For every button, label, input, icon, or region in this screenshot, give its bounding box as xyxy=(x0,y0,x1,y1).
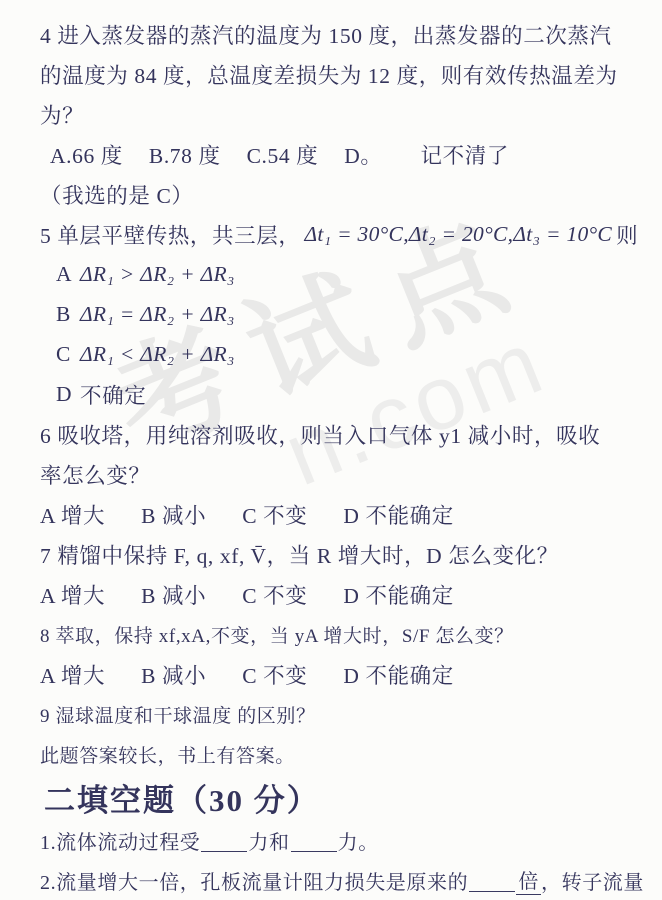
q6-stem-line-2: 率怎么变？ xyxy=(40,454,644,494)
q6-stem-line-1: 6 吸收塔，用纯溶剂吸收，则当入口气体 y1 减小时，吸收 xyxy=(40,414,644,454)
fill1-segment-2: 力和 xyxy=(248,826,289,855)
q6-options-row: A 增大 B 减小 C 不变 D 不能确定 xyxy=(40,494,644,534)
q8-option-b: B 减小 xyxy=(141,659,206,690)
q8-options-row: A 增大 B 减小 C 不变 D 不能确定 xyxy=(40,654,644,694)
q8-option-c: C 不变 xyxy=(242,659,307,690)
fill-item-2: 2.流量增大一倍，孔板流量计阻力损失是原来的 倍 ，转子流量 xyxy=(40,860,644,900)
q7-options-row: A 增大 B 减小 C 不变 D 不能确定 xyxy=(40,574,644,614)
q5-option-b: B ΔR₁ = ΔR₂ + ΔR₃ xyxy=(40,294,644,334)
q7-option-d: D 不能确定 xyxy=(343,579,454,610)
q4-choice-d-note: 记不清了 xyxy=(421,139,509,170)
q4-stem-line-2: 的温度为 84 度，总温度差损失为 12 度，则有效传热温差为 xyxy=(40,54,644,94)
q5-option-d: D 不确定 xyxy=(40,374,644,414)
q4-choice-d: D。 xyxy=(344,139,382,170)
q5-option-d-label: D xyxy=(56,382,80,407)
fill-item-1: 1.流体流动过程受 力和 力。 xyxy=(40,820,644,860)
q5-option-a-formula: ΔR₁ > ΔR₂ + ΔR₃ xyxy=(80,262,235,287)
fill1-segment-3: 力。 xyxy=(338,826,379,855)
q7-stem-line: 7 精馏中保持 F, q, xf, V̄，当 R 增大时，D 怎么变化？ xyxy=(40,534,644,574)
q5-option-a-label: A xyxy=(56,262,80,287)
q6-option-a: A 增大 xyxy=(40,499,105,530)
q6-option-b: B 减小 xyxy=(141,499,206,530)
scanned-exam-page: 考试点 n.com 4 进入蒸发器的蒸汽的温度为 150 度，出蒸发器的二次蒸汽… xyxy=(0,0,662,900)
fill2-segment-1: 2.流量增大一倍，孔板流量计阻力损失是原来的 xyxy=(40,866,468,895)
q8-option-d: D 不能确定 xyxy=(343,659,454,690)
q4-choice-b: B.78 度 xyxy=(149,139,221,170)
q7-option-c: C 不变 xyxy=(242,579,307,610)
section2-heading: 二填空题（30 分） xyxy=(40,774,644,820)
fill1-segment-1: 1.流体流动过程受 xyxy=(40,826,200,855)
q5-option-c: C ΔR₁ < ΔR₂ + ΔR₃ xyxy=(40,334,644,374)
q4-choices-row: A.66 度 B.78 度 C.54 度 D。 记不清了 xyxy=(40,134,644,174)
q5-option-b-label: B xyxy=(56,302,80,327)
q7-option-b: B 减小 xyxy=(141,579,206,610)
q4-my-answer-note: （我选的是 C） xyxy=(40,174,644,214)
q5-stem-line: 5 单层平壁传热，共三层， Δt₁ = 30°C,Δt₂ = 20°C,Δt₃ … xyxy=(40,214,644,254)
fill2-segment-2: ，转子流量 xyxy=(541,866,644,895)
q5-option-c-label: C xyxy=(56,342,80,367)
q4-stem-line-1: 4 进入蒸发器的蒸汽的温度为 150 度，出蒸发器的二次蒸汽 xyxy=(40,14,644,54)
q4-choice-c: C.54 度 xyxy=(247,139,319,170)
q8-stem-line: 8 萃取，保持 xf,xA,不变，当 yA 增大时，S/F 怎么变？ xyxy=(40,614,644,654)
q7-option-a: A 增大 xyxy=(40,579,105,610)
q5-option-a: A ΔR₁ > ΔR₂ + ΔR₃ xyxy=(40,254,644,294)
q5-stem-text: 5 单层平壁传热，共三层， xyxy=(40,219,300,250)
q8-option-a: A 增大 xyxy=(40,659,105,690)
fill1-blank-2 xyxy=(291,829,337,852)
q5-option-d-text: 不确定 xyxy=(80,379,146,410)
q4-choice-a: A.66 度 xyxy=(50,139,123,170)
fill2-underlined-char: 倍 xyxy=(516,865,541,895)
q6-option-c: C 不变 xyxy=(242,499,307,530)
q4-stem-line-3: 为？ xyxy=(40,94,644,134)
q5-stem-formula: Δt₁ = 30°C,Δt₂ = 20°C,Δt₃ = 10°C xyxy=(304,222,612,247)
fill2-blank-1 xyxy=(469,869,515,892)
fill1-blank-1 xyxy=(201,829,247,852)
q6-option-d: D 不能确定 xyxy=(343,499,454,530)
page-content: 4 进入蒸发器的蒸汽的温度为 150 度，出蒸发器的二次蒸汽 的温度为 84 度… xyxy=(0,0,662,900)
q5-stem-tail: 则 xyxy=(616,219,638,250)
q5-option-b-formula: ΔR₁ = ΔR₂ + ΔR₃ xyxy=(80,302,235,327)
q9-stem-line: 9 湿球温度和干球温度 的区别？ xyxy=(40,694,644,734)
q5-option-c-formula: ΔR₁ < ΔR₂ + ΔR₃ xyxy=(80,342,235,367)
q9-answer-note: 此题答案较长，书上有答案。 xyxy=(40,734,644,774)
